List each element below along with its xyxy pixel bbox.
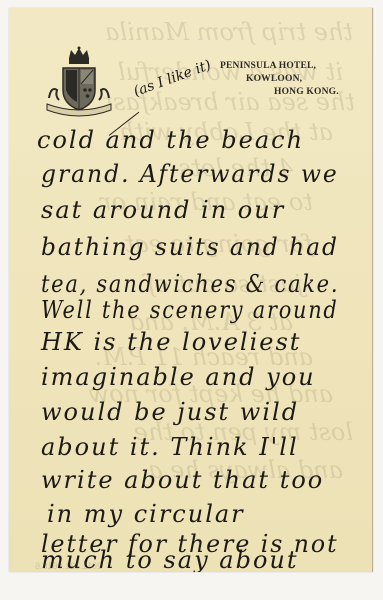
handwriting-line: sat around in our — [41, 196, 285, 224]
handwriting-line: in my circular — [47, 500, 245, 528]
handwriting-line: Well the scenery around — [41, 296, 339, 324]
hotel-letterhead: PENINSULA HOTEL, KOWLOON, HONG KONG. — [220, 60, 360, 99]
handwriting-line: would be just wild — [41, 398, 299, 426]
handwriting-line: imaginable and you — [41, 363, 316, 391]
letterhead-line: PENINSULA HOTEL, — [220, 60, 360, 73]
letter-page: the trip from Manila it was a wonderful … — [9, 8, 373, 572]
handwriting-line: grand. Afterwards we — [41, 160, 339, 188]
handwriting-line: tea, sandwiches & cake. — [41, 270, 339, 298]
hotel-crest-icon — [39, 46, 119, 120]
accession-stamp: 2011.121.0618.6 — [35, 561, 102, 571]
bleed-line: the trip from Manila — [105, 18, 353, 46]
handwriting-line: about it. Think I'll — [41, 433, 299, 461]
handwriting-line: HK is the loveliest — [41, 328, 301, 356]
letterhead-line: KOWLOON, — [220, 73, 360, 86]
letterhead-line: HONG KONG. — [220, 86, 360, 99]
handwriting-line: write about that too — [41, 466, 324, 494]
handwriting-line: cold and the beach — [37, 126, 304, 154]
handwriting-line: bathing suits and had — [41, 233, 339, 261]
